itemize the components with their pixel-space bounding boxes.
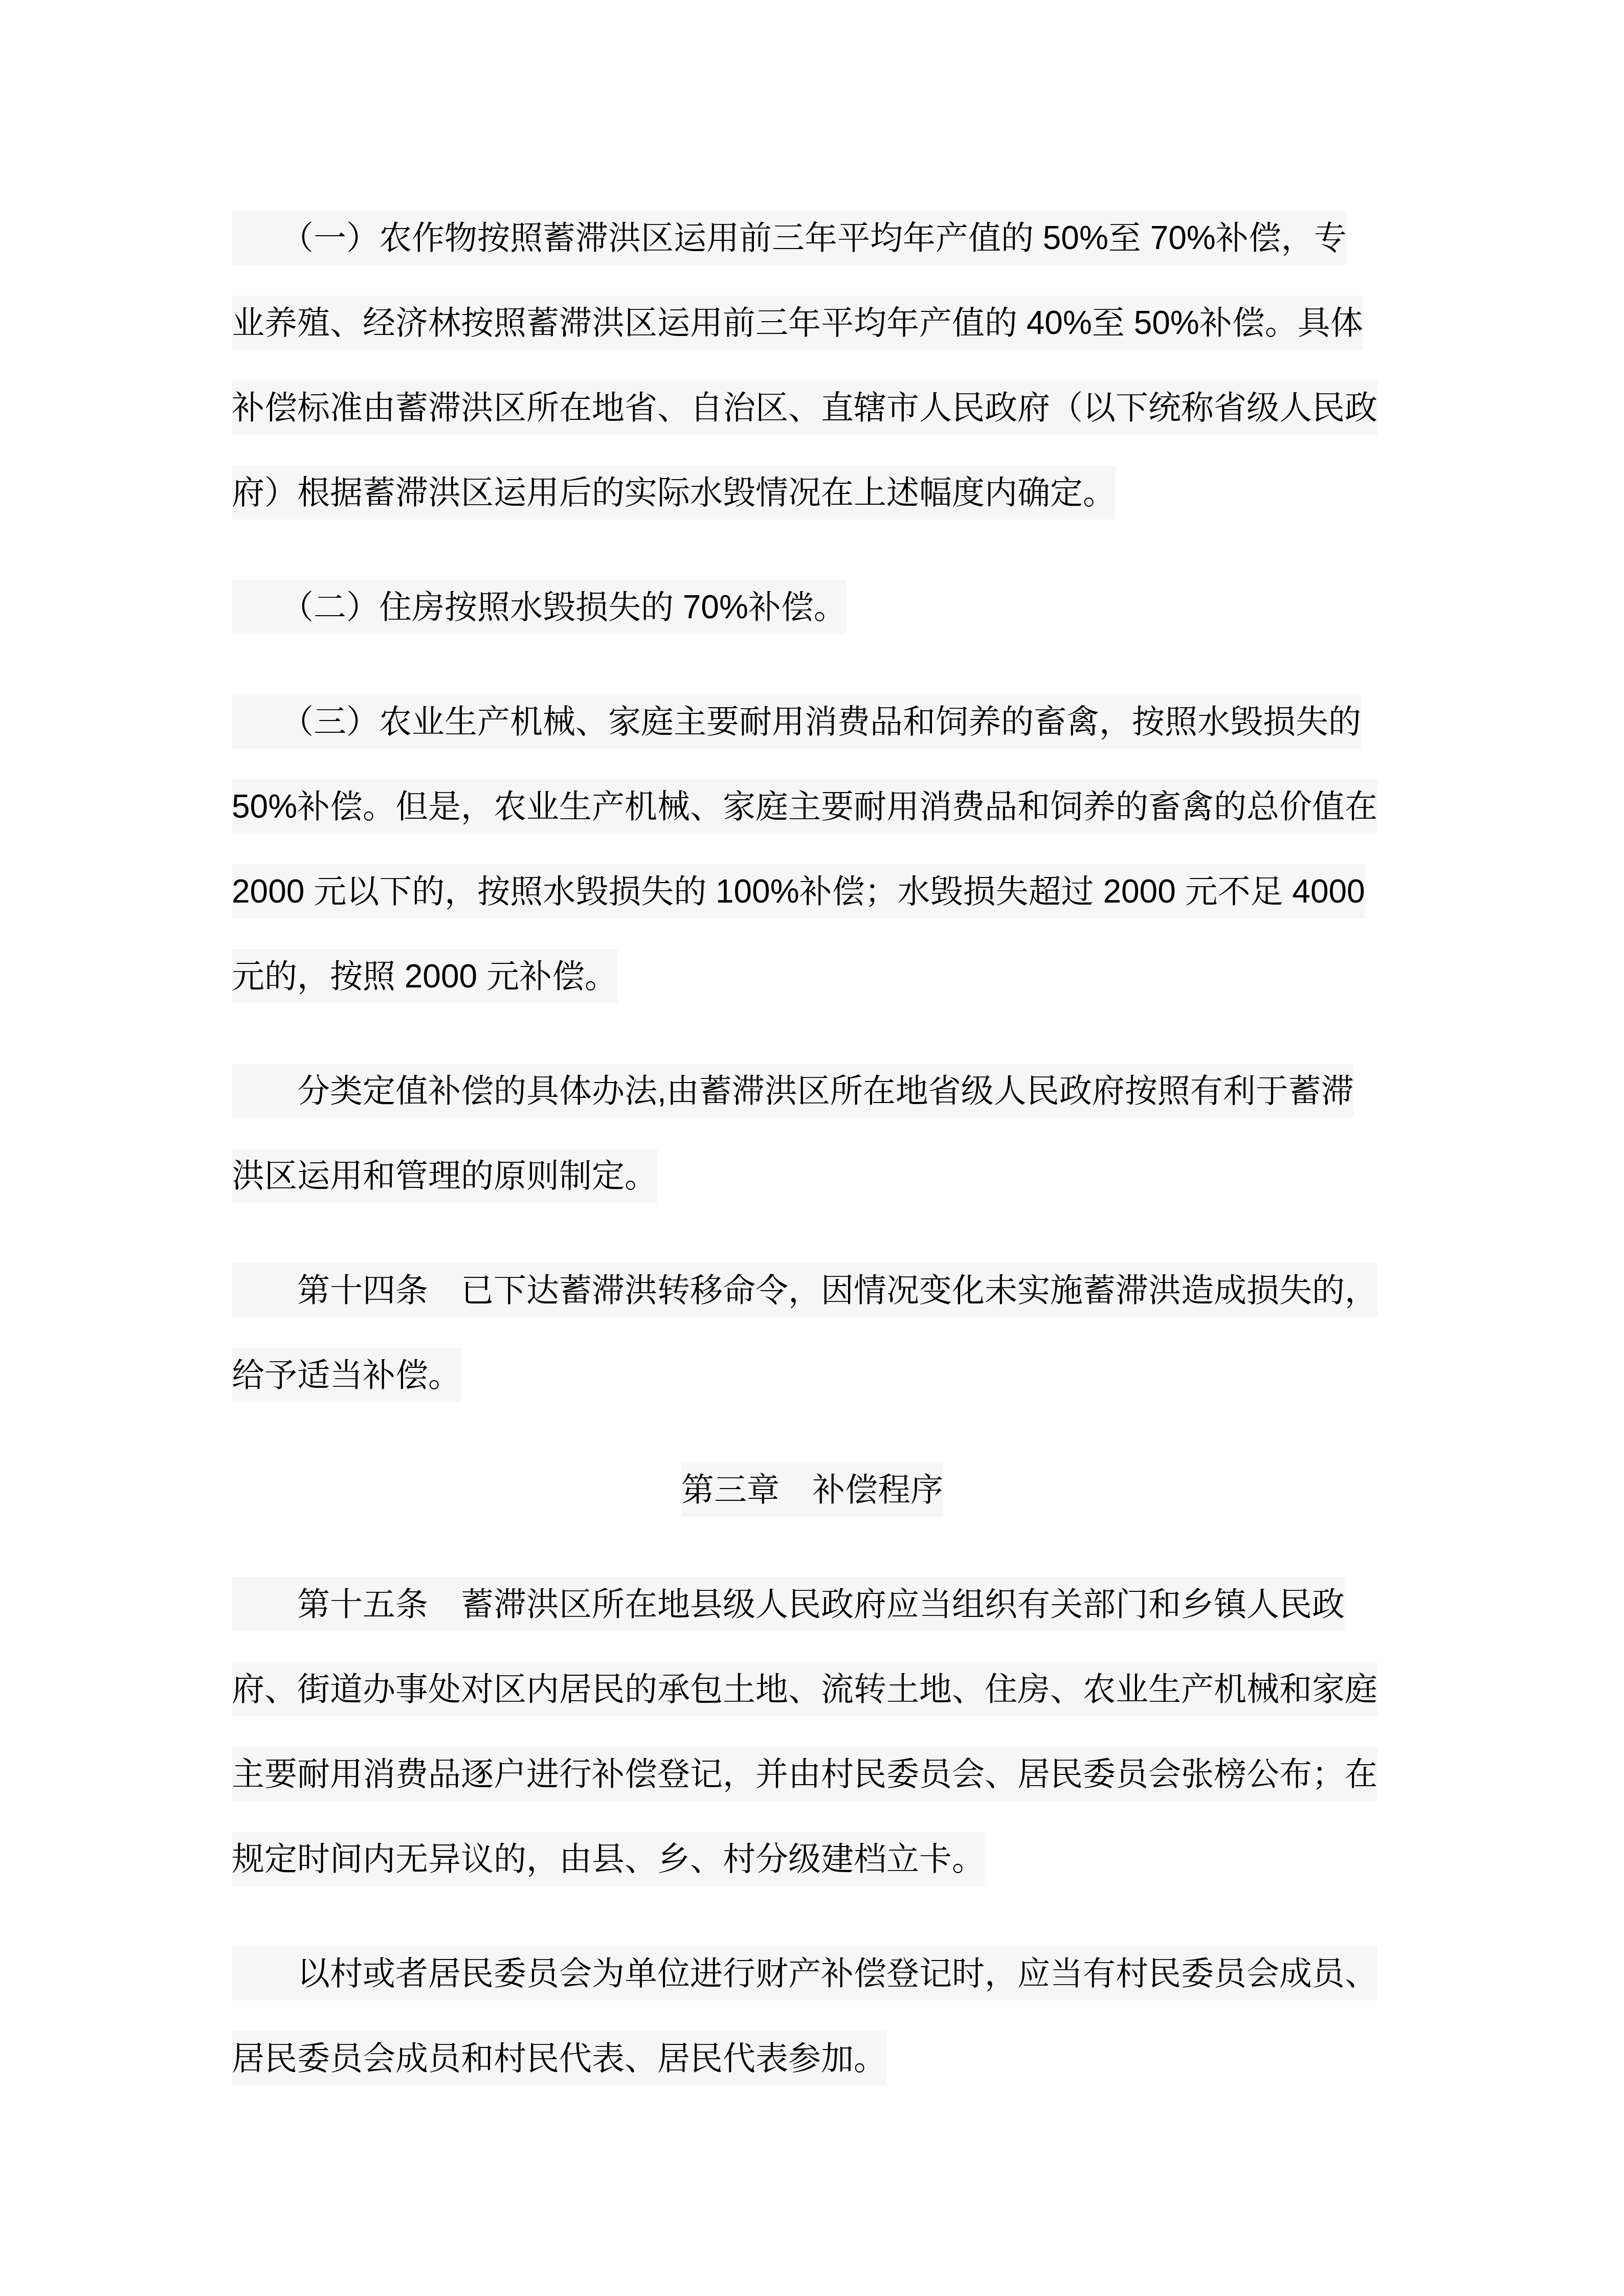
text-line: 规定时间内无异议的，由县、乡、村分级建档立卡。 — [232, 1816, 1393, 1901]
text-line: （二）住房按照水毁损失的 70%补偿。 — [232, 565, 1393, 649]
highlighted-text: （一）农作物按照蓄滞洪区运用前三年平均年产值的 50%至 70%补偿，专 — [232, 211, 1347, 265]
highlighted-text: 第十四条 已下达蓄滞洪转移命令，因情况变化未实施蓄滞洪造成损失的， — [232, 1263, 1377, 1317]
highlighted-text: 元的，按照 2000 元补偿。 — [232, 949, 617, 1003]
highlighted-text: （二）住房按照水毁损失的 70%补偿。 — [232, 580, 847, 634]
paragraph-village-registration-participants: 以村或者居民委员会为单位进行财产补偿登记时，应当有村民委员会成员、居民委员会成员… — [232, 1931, 1393, 2101]
paragraph-item-2-housing-compensation: （二）住房按照水毁损失的 70%补偿。 — [232, 565, 1393, 649]
paragraph-article-15: 第十五条 蓄滞洪区所在地县级人民政府应当组织有关部门和乡镇人民政府、街道办事处对… — [232, 1562, 1393, 1901]
chapter-heading: 第三章 补偿程序 — [232, 1447, 1393, 1532]
highlighted-text: 给予适当补偿。 — [232, 1348, 461, 1402]
text-line: 第十五条 蓄滞洪区所在地县级人民政府应当组织有关部门和乡镇人民政 — [232, 1562, 1393, 1647]
text-line: 居民委员会成员和村民代表、居民代表参加。 — [232, 2016, 1393, 2101]
text-line: （三）农业生产机械、家庭主要耐用消费品和饲养的畜禽，按照水毁损失的 — [232, 679, 1393, 764]
paragraph-classified-valuation-method: 分类定值补偿的具体办法,由蓄滞洪区所在地省级人民政府按照有利于蓄滞洪区运用和管理… — [232, 1048, 1393, 1218]
highlighted-text: 主要耐用消费品逐户进行补偿登记，并由村民委员会、居民委员会张榜公布；在 — [232, 1747, 1377, 1801]
text-line: 第三章 补偿程序 — [232, 1447, 1393, 1532]
paragraph-item-1-crops-compensation: （一）农作物按照蓄滞洪区运用前三年平均年产值的 50%至 70%补偿，专业养殖、… — [232, 195, 1393, 535]
highlighted-text: 补偿标准由蓄滞洪区所在地省、自治区、直辖市人民政府（以下统称省级人民政 — [232, 380, 1377, 435]
text-line: 府）根据蓄滞洪区运用后的实际水毁情况在上述幅度内确定。 — [232, 450, 1393, 535]
highlighted-text: 府、街道办事处对区内居民的承包土地、流转土地、住房、农业生产机械和家庭 — [232, 1662, 1377, 1716]
text-line: 补偿标准由蓄滞洪区所在地省、自治区、直辖市人民政府（以下统称省级人民政 — [232, 365, 1393, 450]
highlighted-text: 业养殖、经济林按照蓄滞洪区运用前三年平均年产值的 40%至 50%补偿。具体 — [232, 296, 1363, 350]
highlighted-text: 分类定值补偿的具体办法,由蓄滞洪区所在地省级人民政府按照有利于蓄滞 — [232, 1064, 1354, 1118]
text-line: 洪区运用和管理的原则制定。 — [232, 1133, 1393, 1218]
text-line: 给予适当补偿。 — [232, 1333, 1393, 1417]
document-page: （一）农作物按照蓄滞洪区运用前三年平均年产值的 50%至 70%补偿，专业养殖、… — [0, 0, 1624, 2296]
text-line: 府、街道办事处对区内居民的承包土地、流转土地、住房、农业生产机械和家庭 — [232, 1647, 1393, 1731]
paragraph-article-14: 第十四条 已下达蓄滞洪转移命令，因情况变化未实施蓄滞洪造成损失的，给予适当补偿。 — [232, 1248, 1393, 1417]
text-line: 业养殖、经济林按照蓄滞洪区运用前三年平均年产值的 40%至 50%补偿。具体 — [232, 280, 1393, 365]
highlighted-text: 府）根据蓄滞洪区运用后的实际水毁情况在上述幅度内确定。 — [232, 465, 1116, 520]
highlighted-text: 2000 元以下的，按照水毁损失的 100%补偿；水毁损失超过 2000 元不足… — [232, 864, 1365, 918]
text-line: 50%补偿。但是，农业生产机械、家庭主要耐用消费品和饲养的畜禽的总价值在 — [232, 764, 1393, 849]
highlighted-text: 规定时间内无异议的，由县、乡、村分级建档立卡。 — [232, 1832, 985, 1886]
highlighted-text: 第十五条 蓄滞洪区所在地县级人民政府应当组织有关部门和乡镇人民政 — [232, 1577, 1345, 1631]
text-line: 分类定值补偿的具体办法,由蓄滞洪区所在地省级人民政府按照有利于蓄滞 — [232, 1048, 1393, 1133]
text-line: 以村或者居民委员会为单位进行财产补偿登记时，应当有村民委员会成员、 — [232, 1931, 1393, 2016]
text-line: （一）农作物按照蓄滞洪区运用前三年平均年产值的 50%至 70%补偿，专 — [232, 195, 1393, 280]
highlighted-text: 居民委员会成员和村民代表、居民代表参加。 — [232, 2031, 886, 2085]
text-line: 第十四条 已下达蓄滞洪转移命令，因情况变化未实施蓄滞洪造成损失的， — [232, 1248, 1393, 1333]
highlighted-text: 以村或者居民委员会为单位进行财产补偿登记时，应当有村民委员会成员、 — [232, 1946, 1377, 2000]
text-line: 2000 元以下的，按照水毁损失的 100%补偿；水毁损失超过 2000 元不足… — [232, 849, 1393, 934]
text-line: 元的，按照 2000 元补偿。 — [232, 934, 1393, 1019]
highlighted-text: （三）农业生产机械、家庭主要耐用消费品和饲养的畜禽，按照水毁损失的 — [232, 694, 1361, 749]
highlighted-text: 50%补偿。但是，农业生产机械、家庭主要耐用消费品和饲养的畜禽的总价值在 — [232, 779, 1377, 834]
text-line: 主要耐用消费品逐户进行补偿登记，并由村民委员会、居民委员会张榜公布；在 — [232, 1731, 1393, 1816]
paragraph-item-3-machinery-compensation: （三）农业生产机械、家庭主要耐用消费品和饲养的畜禽，按照水毁损失的50%补偿。但… — [232, 679, 1393, 1019]
highlighted-text: 洪区运用和管理的原则制定。 — [232, 1149, 657, 1203]
highlighted-text: 第三章 补偿程序 — [681, 1462, 943, 1517]
document-body: （一）农作物按照蓄滞洪区运用前三年平均年产值的 50%至 70%补偿，专业养殖、… — [232, 195, 1393, 2101]
